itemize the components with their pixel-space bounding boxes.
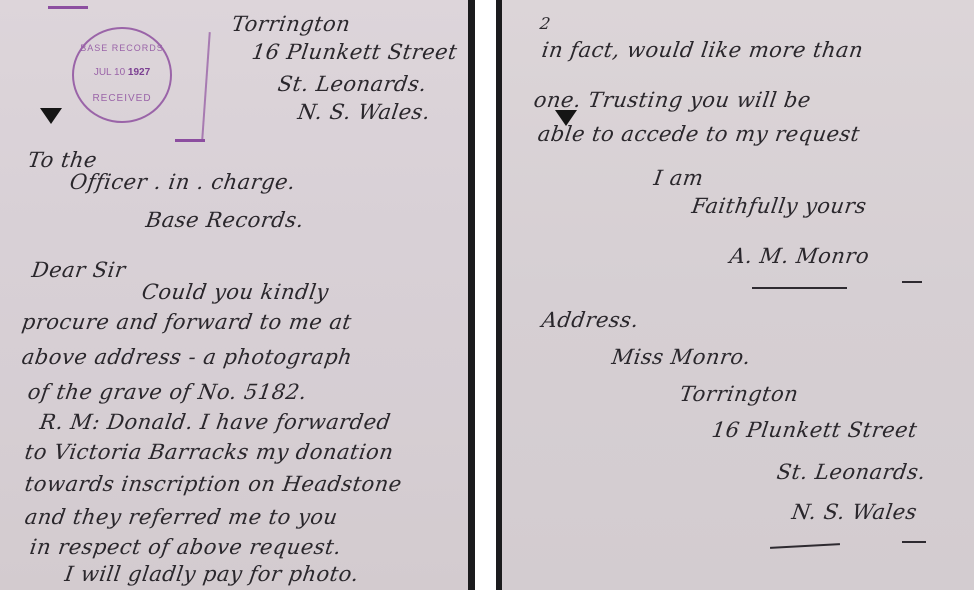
salutation: Dear Sir — [30, 258, 127, 282]
return-address-line: St. Leonards. — [775, 460, 927, 484]
return-address-line: Miss Monro. — [610, 345, 752, 369]
stamp-mark — [48, 6, 88, 9]
sender-address-line: Torrington — [230, 12, 352, 36]
signature-underline — [902, 281, 922, 283]
sender-address-line: St. Leonards. — [276, 72, 428, 96]
letter-page-2: 2 in fact, would like more than one. Tru… — [502, 0, 974, 590]
body-line: of the grave of No. 5182. — [26, 380, 308, 404]
address-underline — [902, 541, 926, 543]
body-line: above address - a photograph — [20, 345, 354, 369]
punch-hole — [40, 108, 62, 124]
return-address-line: 16 Plunkett Street — [710, 418, 919, 442]
address-label: Address. — [540, 308, 640, 332]
letter-page-1: BASE RECORDS JUL 10 1927 RECEIVED Torrin… — [0, 0, 468, 590]
stamp-mark — [201, 32, 211, 140]
recipient-line: Officer . in . charge. — [68, 170, 297, 194]
stamp-day: JUL 10 — [94, 67, 125, 78]
sender-address-line: N. S. Wales. — [296, 100, 432, 124]
return-address-line: Torrington — [678, 382, 800, 406]
body-line: one. Trusting you will be — [532, 88, 812, 112]
stamp-year: 1927 — [128, 67, 150, 78]
closing-line: I am — [652, 166, 705, 190]
sender-address-line: 16 Plunkett Street — [250, 40, 459, 64]
received-stamp: BASE RECORDS JUL 10 1927 RECEIVED — [72, 27, 172, 123]
stamp-date: JUL 10 1927 — [74, 67, 170, 78]
body-line: Could you kindly — [140, 280, 330, 304]
page-number: 2 — [539, 14, 552, 33]
body-line: procure and forward to me at — [20, 310, 353, 334]
recipient-line: Base Records. — [144, 208, 305, 232]
body-line: I will gladly pay for photo. — [63, 562, 360, 586]
body-line: towards inscription on Headstone — [23, 472, 403, 496]
stamp-mark — [175, 139, 205, 142]
body-line: in fact, would like more than — [540, 38, 865, 62]
body-line: R. M: Donald. I have forwarded — [38, 410, 392, 434]
body-line: and they referred me to you — [23, 505, 339, 529]
closing-line: Faithfully yours — [690, 194, 868, 218]
recipient-line: To the — [26, 148, 98, 172]
body-line: in respect of above request. — [28, 535, 343, 559]
stamp-top-text: BASE RECORDS — [74, 43, 170, 53]
return-address-line: N. S. Wales — [790, 500, 918, 524]
signature: A. M. Monro — [728, 244, 871, 268]
signature-underline — [752, 287, 847, 289]
stamp-bottom-text: RECEIVED — [74, 93, 170, 104]
address-underline — [770, 543, 840, 549]
body-line: to Victoria Barracks my donation — [23, 440, 395, 464]
body-line: able to accede to my request — [536, 122, 861, 146]
page-frame-edge — [468, 0, 475, 590]
